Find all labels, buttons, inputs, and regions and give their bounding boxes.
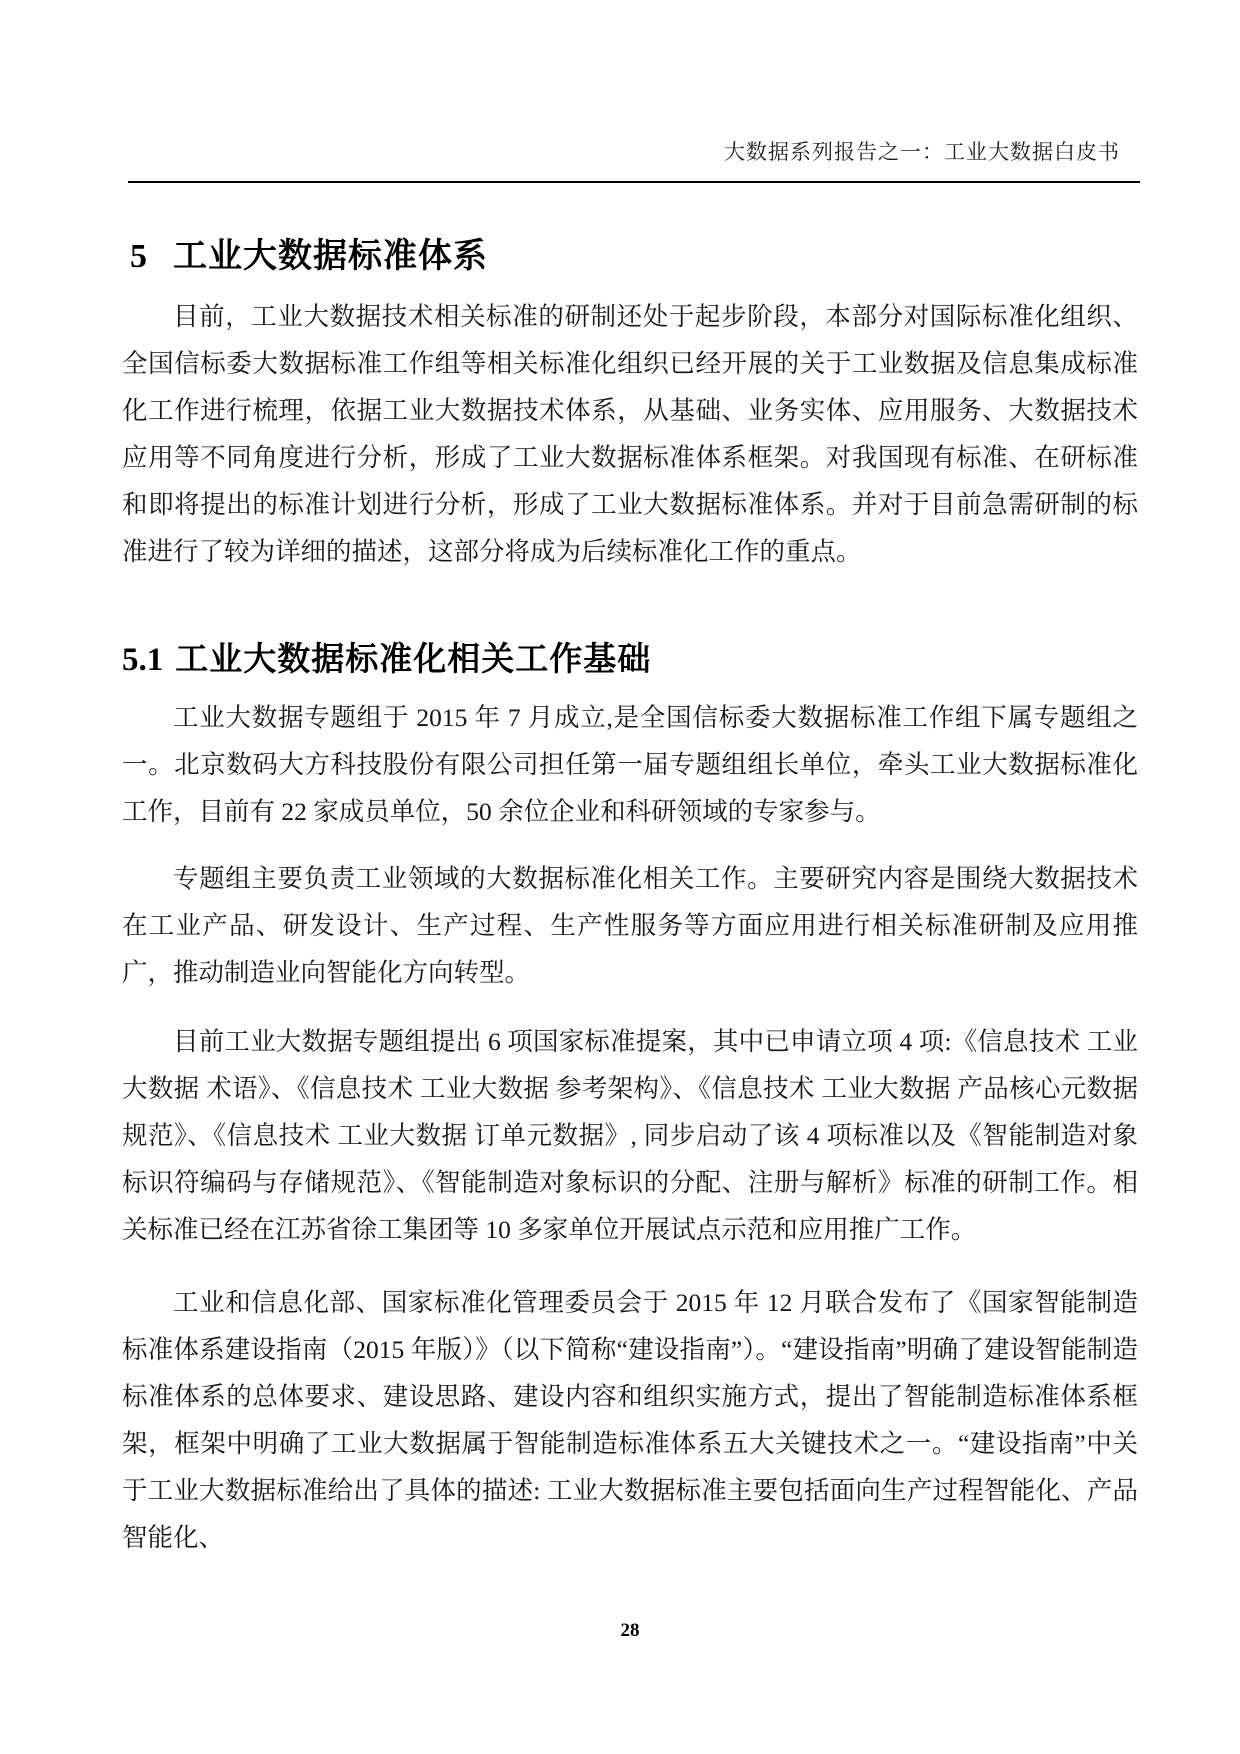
paragraph-intro: 目前，工业大数据技术相关标准的研制还处于起步阶段，本部分对国际标准化组织、全国信… bbox=[122, 293, 1138, 575]
section-number: 5 bbox=[130, 233, 147, 281]
running-header: 大数据系列报告之一：工业大数据白皮书 bbox=[724, 136, 1120, 166]
paragraph-construction-guide: 工业和信息化部、国家标准化管理委员会于 2015 年 12 月联合发布了《国家智… bbox=[122, 1279, 1138, 1561]
page-content: 5工业大数据标准体系 目前，工业大数据技术相关标准的研制还处于起步阶段，本部分对… bbox=[122, 232, 1138, 1561]
subsection-heading: 5.1工业大数据标准化相关工作基础 bbox=[122, 633, 1138, 686]
page-number: 28 bbox=[621, 1620, 640, 1641]
paragraph-topic-group-founding: 工业大数据专题组于 2015 年 7 月成立,是全国信标委大数据标准工作组下属专… bbox=[122, 694, 1138, 835]
subsection-title: 工业大数据标准化相关工作基础 bbox=[175, 640, 651, 677]
paragraph-standard-proposals: 目前工业大数据专题组提出 6 项国家标准提案，其中已申请立项 4 项:《信息技术… bbox=[122, 1018, 1138, 1253]
document-page: 大数据系列报告之一：工业大数据白皮书 5工业大数据标准体系 目前，工业大数据技术… bbox=[0, 0, 1240, 1754]
subsection-number: 5.1 bbox=[122, 634, 163, 686]
section-title: 工业大数据标准体系 bbox=[173, 237, 488, 275]
page-footer: 28 bbox=[122, 1620, 1138, 1642]
paragraph-topic-group-duties: 专题组主要负责工业领域的大数据标准化相关工作。主要研究内容是围绕大数据技术在工业… bbox=[122, 855, 1138, 996]
running-header-title: 大数据系列报告之一：工业大数据白皮书 bbox=[724, 140, 1120, 164]
section-heading: 5工业大数据标准体系 bbox=[122, 232, 1138, 281]
header-rule bbox=[128, 181, 1140, 183]
